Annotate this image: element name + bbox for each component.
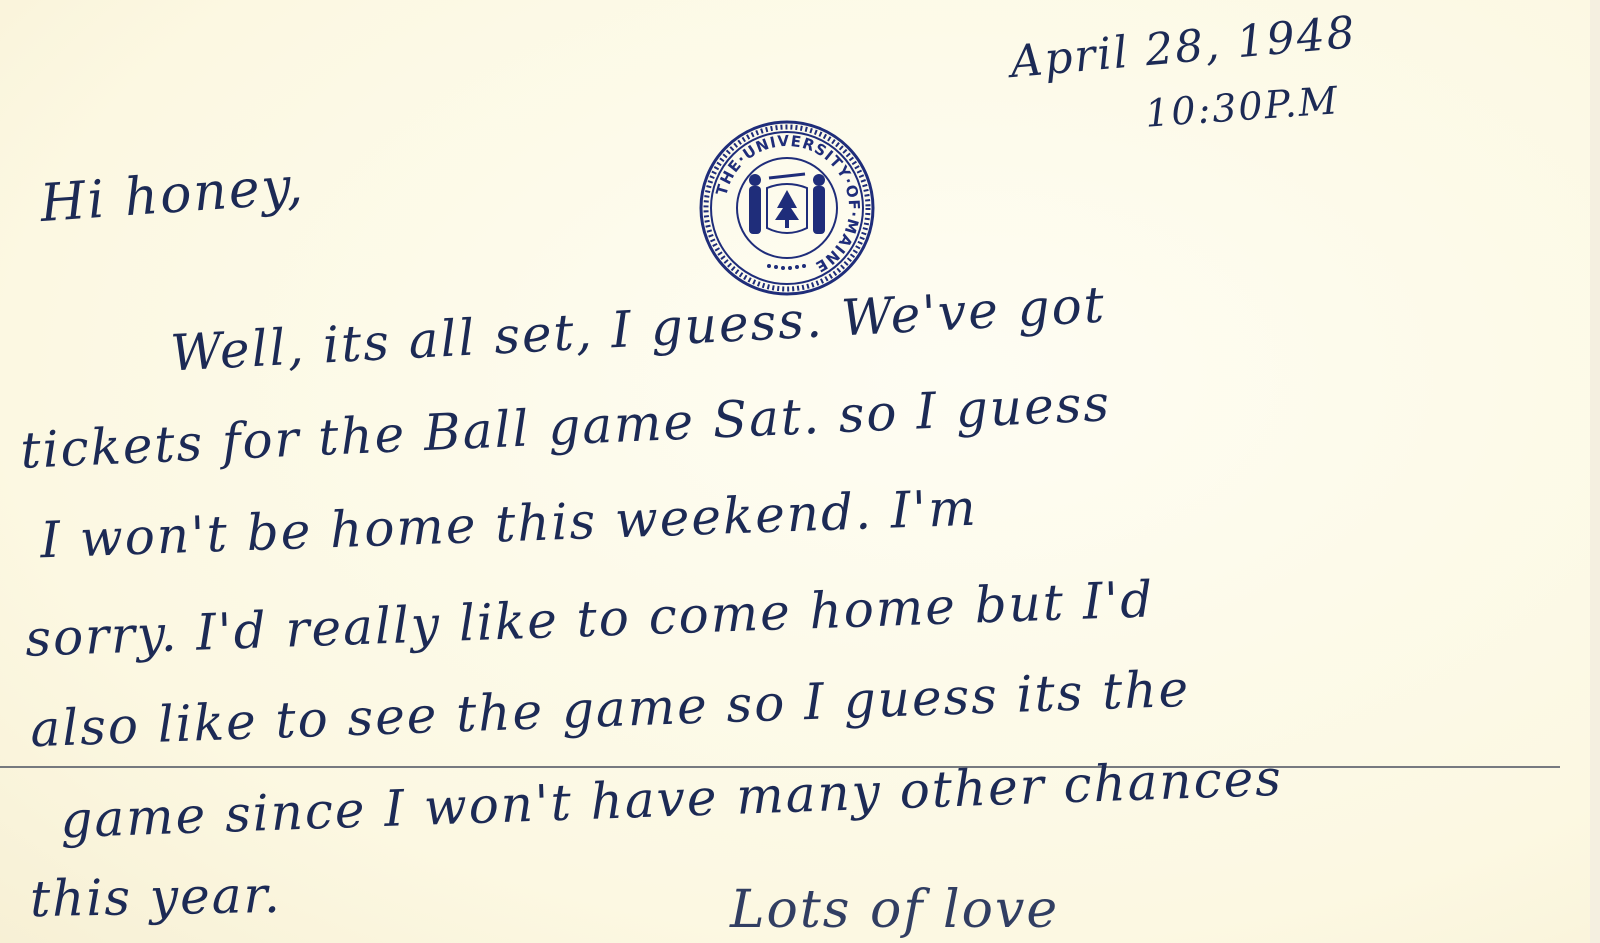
letter-line: sorry. I'd really like to come home but … bbox=[24, 570, 1155, 667]
paper-edge bbox=[1590, 0, 1600, 943]
letter-line: I won't be home this weekend. I'm bbox=[39, 479, 978, 570]
letter-time: 10:30P.M bbox=[1144, 78, 1341, 135]
letter-line: also like to see the game so I guess its… bbox=[29, 660, 1191, 758]
letter-line: Well, its all set, I guess. We've got bbox=[169, 276, 1107, 383]
letter-greeting: Hi honey, bbox=[38, 156, 306, 234]
letter-line: tickets for the Ball game Sat. so I gues… bbox=[19, 374, 1112, 480]
letter-line: this year. bbox=[30, 866, 283, 928]
letter-line: game since I won't have many other chanc… bbox=[59, 749, 1283, 850]
letter-date: April 28, 1948 bbox=[1008, 7, 1358, 88]
letter-closing: Lots of love bbox=[730, 880, 1059, 940]
university-of-maine-seal-icon: THE·UNIVERSITY·OF·MAINE bbox=[697, 118, 877, 298]
